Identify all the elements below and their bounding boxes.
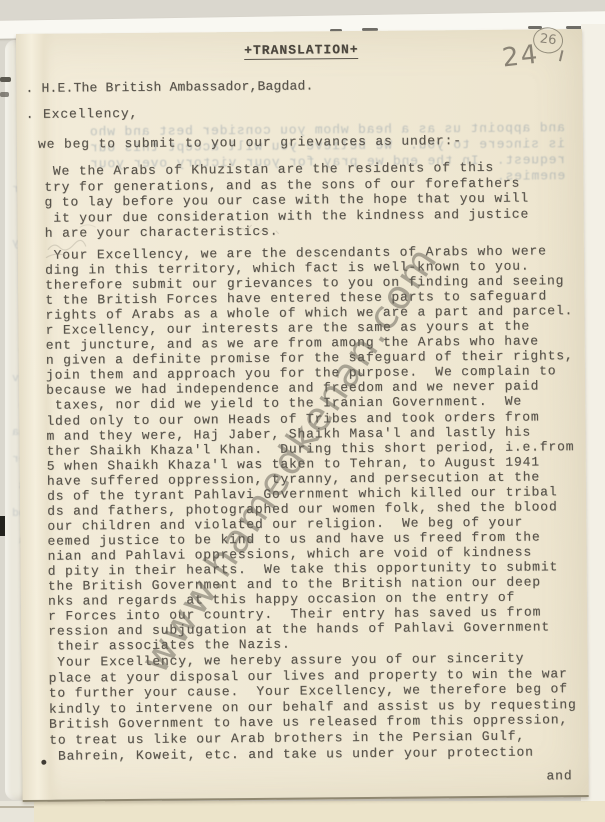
pencil-scribble	[40, 213, 310, 263]
scanned-letter-screenshot: oTeWtasbrooyoyawnontuwylvwoanabero8hodba…	[0, 0, 605, 822]
letter-page: +TRANSLATION+ 26 24 . H.E.The British Am…	[16, 29, 589, 802]
document-title: +TRANSLATION+	[244, 42, 359, 60]
pencil-tick	[559, 50, 564, 61]
underlying-page-bottom	[0, 801, 605, 822]
page-edge-line	[0, 806, 34, 808]
body-paragraph-4: Your Excellency, we hereby assure you of…	[48, 650, 577, 764]
underlying-page-bottom-left	[0, 801, 34, 822]
catchword: and	[546, 768, 572, 783]
ink-smudge	[0, 77, 11, 82]
address-line: . H.E.The British Ambassador,Bagdad.	[25, 78, 313, 96]
ink-dot	[41, 760, 46, 765]
handwritten-page-number: 24	[501, 40, 541, 74]
salutation: . Excellency,	[26, 106, 139, 122]
